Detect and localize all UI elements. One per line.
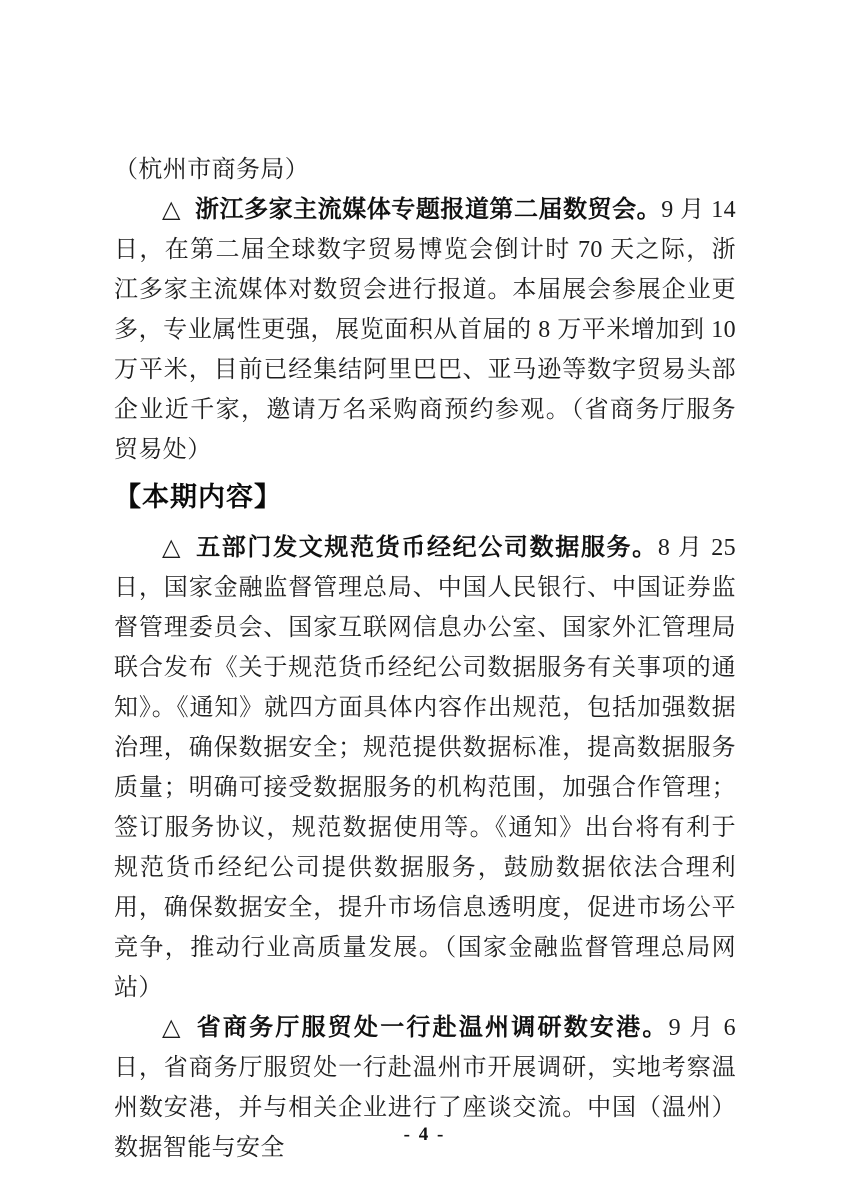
news-item-title: 浙江多家主流媒体专题报道第二届数贸会。: [195, 197, 661, 223]
triangle-bullet: △: [162, 1015, 183, 1041]
news-item-media-coverage: △浙江多家主流媒体专题报道第二届数贸会。9 月 14 日，在第二届全球数字贸易博…: [114, 190, 736, 470]
news-item-title: 五部门发文规范货币经纪公司数据服务。: [196, 535, 658, 561]
document-page: （杭州市商务局） △浙江多家主流媒体专题报道第二届数贸会。9 月 14 日，在第…: [0, 0, 849, 1200]
triangle-bullet: △: [162, 197, 181, 223]
text-block: （杭州市商务局） △浙江多家主流媒体专题报道第二届数贸会。9 月 14 日，在第…: [114, 150, 736, 1168]
triangle-bullet: △: [162, 535, 182, 561]
page-number: - 4 -: [0, 1124, 849, 1146]
paragraph-source-attribution: （杭州市商务局）: [114, 150, 736, 190]
news-item-title: 省商务厅服贸处一行赴温州调研数安港。: [197, 1015, 669, 1041]
section-heading-current-issue: 【本期内容】: [114, 473, 736, 521]
news-item-data-service-regulation: △五部门发文规范货币经纪公司数据服务。8 月 25 日，国家金融监督管理总局、中…: [114, 528, 736, 1008]
news-item-body: 8 月 25 日，国家金融监督管理总局、中国人民银行、中国证券监督管理委员会、国…: [114, 535, 736, 1001]
news-item-body: 9 月 14 日，在第二届全球数字贸易博览会倒计时 70 天之际，浙江多家主流媒…: [114, 197, 736, 463]
